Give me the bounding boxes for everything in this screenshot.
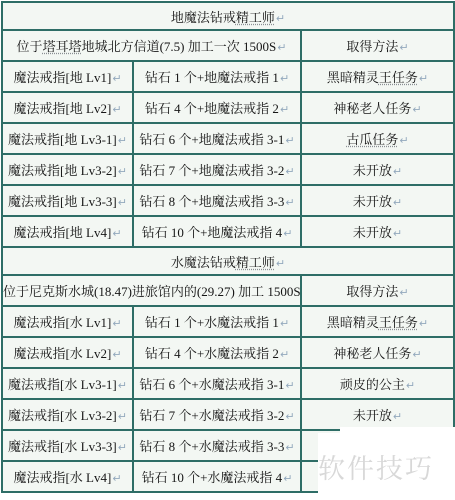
paragraph-mark-icon: ↵ (393, 227, 402, 240)
paragraph-mark-icon: ↵ (399, 41, 408, 54)
crafting-table: 地魔法钻戒精工师↵位于塔耳塔地城北方信道(7.5) 加工一次 1500S↵取得方… (1, 1, 455, 493)
paragraph-mark-icon: ↵ (285, 379, 294, 392)
recipe-cell: 钻石 7 个+地魔法戒指 3-2↵ (133, 154, 301, 185)
section-title-cell: 地魔法钻戒精工师↵ (2, 2, 454, 30)
item-cell: 魔法戒指[地 Lv3-1]↵ (2, 123, 133, 154)
item-cell: 魔法戒指[水 Lv3-2]↵ (2, 399, 133, 430)
section-header-row: 水魔法钻戒精工师↵ (2, 247, 454, 275)
recipe-cell: 钻石 6 个+地魔法戒指 3-1↵ (133, 123, 301, 154)
method-cell: 未开放↵ (301, 399, 454, 430)
item-cell: 魔法戒指[地 Lv2]↵ (2, 92, 133, 123)
paragraph-mark-icon: ↵ (412, 348, 421, 361)
item-cell: 魔法戒指[水 Lv2]↵ (2, 337, 133, 368)
paragraph-mark-icon: ↵ (118, 165, 127, 178)
paragraph-mark-icon: ↵ (285, 134, 294, 147)
method-cell: 未开放↵ (301, 216, 454, 247)
table-row: 魔法戒指[水 Lv2]↵钻石 4 个+水魔法戒指 2↵神秘老人任务↵ (2, 337, 454, 368)
paragraph-mark-icon: ↵ (112, 348, 121, 361)
item-cell: 魔法戒指[水 Lv3-3]↵ (2, 430, 133, 461)
spellcheck-underline: 塔耳塔 (43, 39, 82, 54)
paragraph-mark-icon: ↵ (285, 196, 294, 209)
paragraph-mark-icon: ↵ (276, 257, 285, 270)
paragraph-mark-icon: ↵ (406, 379, 415, 392)
recipe-cell: 钻石 8 个+地魔法戒指 3-3↵ (133, 185, 301, 216)
method-cell: 顽皮的公主↵ (301, 368, 454, 399)
spellcheck-underline: 王任务 (379, 315, 418, 330)
paragraph-mark-icon: ↵ (118, 441, 127, 454)
item-cell: 魔法戒指[地 Lv3-3]↵ (2, 185, 133, 216)
recipe-cell: 钻石 6 个+水魔法戒指 3-1↵ (133, 368, 301, 399)
table-row: 魔法戒指[水 Lv3-1]↵钻石 6 个+水魔法戒指 3-1↵顽皮的公主↵ (2, 368, 454, 399)
paragraph-mark-icon: ↵ (112, 317, 121, 330)
method-cell: 黑暗精灵王任务↵ (301, 306, 454, 337)
method-cell: 神秘老人任务↵ (301, 337, 454, 368)
table-row: 魔法戒指[地 Lv3-2]↵钻石 7 个+地魔法戒指 3-2↵未开放↵ (2, 154, 454, 185)
location-cell: 位于尼克斯水城(18.47)进旅馆内的(29.27) 加工 1500S↵ (2, 275, 301, 306)
paragraph-mark-icon: ↵ (276, 12, 285, 25)
article-page: 地魔法钻戒精工师↵位于塔耳塔地城北方信道(7.5) 加工一次 1500S↵取得方… (0, 0, 455, 500)
paragraph-mark-icon: ↵ (393, 410, 402, 423)
watermark-text: 软件技巧 (318, 447, 434, 486)
item-cell: 魔法戒指[水 Lv1]↵ (2, 306, 133, 337)
recipe-cell: 钻石 10 个+水魔法戒指 4↵ (133, 461, 301, 492)
item-cell: 魔法戒指[地 Lv3-2]↵ (2, 154, 133, 185)
recipe-cell: 钻石 1 个+地魔法戒指 1↵ (133, 61, 301, 92)
watermark: 软件技巧 (318, 433, 455, 500)
paragraph-mark-icon: ↵ (118, 379, 127, 392)
method-cell: 古瓜任务↵ (301, 123, 454, 154)
method-header-cell: 取得方法↵ (301, 275, 454, 306)
paragraph-mark-icon: ↵ (393, 165, 402, 178)
method-cell: 未开放↵ (301, 154, 454, 185)
table-row: 魔法戒指[地 Lv3-1]↵钻石 6 个+地魔法戒指 3-1↵古瓜任务↵ (2, 123, 454, 154)
paragraph-mark-icon: ↵ (280, 317, 289, 330)
paragraph-mark-icon: ↵ (283, 472, 292, 485)
item-cell: 魔法戒指[水 Lv3-1]↵ (2, 368, 133, 399)
paragraph-mark-icon: ↵ (118, 410, 127, 423)
item-cell: 魔法戒指[地 Lv1]↵ (2, 61, 133, 92)
paragraph-mark-icon: ↵ (399, 286, 408, 299)
table-row: 魔法戒指[地 Lv3-3]↵钻石 8 个+地魔法戒指 3-3↵未开放↵ (2, 185, 454, 216)
paragraph-mark-icon: ↵ (280, 103, 289, 116)
recipe-cell: 钻石 7 个+水魔法戒指 3-2↵ (133, 399, 301, 430)
recipe-cell: 钻石 1 个+水魔法戒指 1↵ (133, 306, 301, 337)
paragraph-mark-icon: ↵ (412, 103, 421, 116)
spellcheck-underline: 精工师 (236, 10, 275, 25)
method-header-cell: 取得方法↵ (301, 30, 454, 61)
recipe-cell: 钻石 4 个+地魔法戒指 2↵ (133, 92, 301, 123)
paragraph-mark-icon: ↵ (419, 317, 428, 330)
paragraph-mark-icon: ↵ (118, 134, 127, 147)
item-cell: 魔法戒指[水 Lv4]↵ (2, 461, 133, 492)
paragraph-mark-icon: ↵ (280, 72, 289, 85)
paragraph-mark-icon: ↵ (112, 72, 121, 85)
paragraph-mark-icon: ↵ (112, 472, 121, 485)
crafting-table-body: 地魔法钻戒精工师↵位于塔耳塔地城北方信道(7.5) 加工一次 1500S↵取得方… (2, 2, 454, 492)
recipe-cell: 钻石 4 个+水魔法戒指 2↵ (133, 337, 301, 368)
table-row: 魔法戒指[地 Lv4]↵钻石 10 个+地魔法戒指 4↵未开放↵ (2, 216, 454, 247)
paragraph-mark-icon: ↵ (285, 410, 294, 423)
method-cell: 未开放↵ (301, 185, 454, 216)
table-row: 魔法戒指[地 Lv2]↵钻石 4 个+地魔法戒指 2↵神秘老人任务↵ (2, 92, 454, 123)
section-header-row: 地魔法钻戒精工师↵ (2, 2, 454, 30)
location-row: 位于尼克斯水城(18.47)进旅馆内的(29.27) 加工 1500S↵取得方法… (2, 275, 454, 306)
paragraph-mark-icon: ↵ (112, 227, 121, 240)
section-title-cell: 水魔法钻戒精工师↵ (2, 247, 454, 275)
recipe-cell: 钻石 10 个+地魔法戒指 4↵ (133, 216, 301, 247)
recipe-cell: 钻石 8 个+水魔法戒指 3-3↵ (133, 430, 301, 461)
spellcheck-underline: 古瓜任务 (346, 132, 398, 147)
spellcheck-underline: 精工师 (236, 255, 275, 270)
paragraph-mark-icon: ↵ (285, 165, 294, 178)
table-row: 魔法戒指[水 Lv3-2]↵钻石 7 个+水魔法戒指 3-2↵未开放↵ (2, 399, 454, 430)
spellcheck-underline: 王任务 (379, 70, 418, 85)
paragraph-mark-icon: ↵ (393, 196, 402, 209)
paragraph-mark-icon: ↵ (280, 348, 289, 361)
paragraph-mark-icon: ↵ (112, 103, 121, 116)
item-cell: 魔法戒指[地 Lv4]↵ (2, 216, 133, 247)
location-row: 位于塔耳塔地城北方信道(7.5) 加工一次 1500S↵取得方法↵ (2, 30, 454, 61)
paragraph-mark-icon: ↵ (283, 227, 292, 240)
paragraph-mark-icon: ↵ (118, 196, 127, 209)
paragraph-mark-icon: ↵ (285, 441, 294, 454)
paragraph-mark-icon: ↵ (399, 134, 408, 147)
method-cell: 黑暗精灵王任务↵ (301, 61, 454, 92)
location-cell: 位于塔耳塔地城北方信道(7.5) 加工一次 1500S↵ (2, 30, 301, 61)
method-cell: 神秘老人任务↵ (301, 92, 454, 123)
paragraph-mark-icon: ↵ (277, 41, 286, 54)
table-row: 魔法戒指[水 Lv1]↵钻石 1 个+水魔法戒指 1↵黑暗精灵王任务↵ (2, 306, 454, 337)
table-row: 魔法戒指[地 Lv1]↵钻石 1 个+地魔法戒指 1↵黑暗精灵王任务↵ (2, 61, 454, 92)
paragraph-mark-icon: ↵ (419, 72, 428, 85)
